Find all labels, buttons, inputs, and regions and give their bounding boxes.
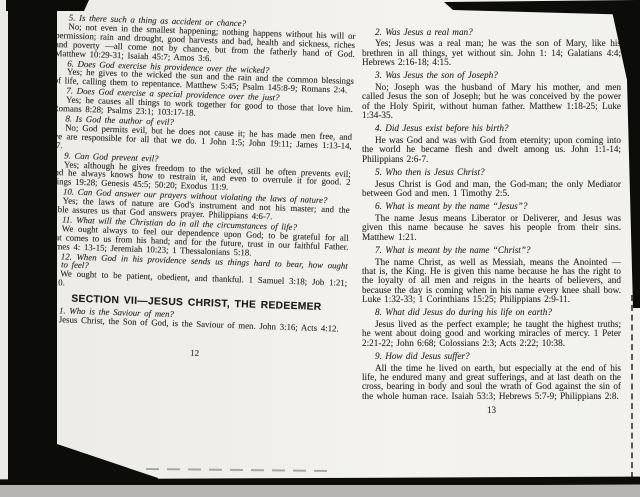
page-right-text: 2. Was Jesus a real man?Yes; Jesus was a…	[362, 28, 621, 402]
answer-paragraph: He was God and was with God from eternit…	[362, 136, 621, 164]
question-paragraph: 7. What is meant by the name “Christ”?	[362, 246, 621, 255]
scan-footer-gray	[0, 485, 640, 497]
page-number-left: 12	[45, 344, 345, 363]
book-scan: 5. Is there such a thing as accident or …	[0, 0, 640, 497]
question-paragraph: 8. What did Jesus do during his life on …	[362, 308, 621, 317]
question-paragraph: 9. How did Jesus suffer?	[362, 352, 621, 361]
question-paragraph: 2. Was Jesus a real man?	[362, 28, 621, 37]
answer-paragraph: The name Christ, as well as Messiah, mea…	[362, 258, 621, 305]
page-left-text: 5. Is there such a thing as accident or …	[46, 13, 356, 334]
page-left: 5. Is there such a thing as accident or …	[45, 12, 356, 363]
answer-paragraph: Jesus lived as the perfect example; he t…	[362, 320, 621, 348]
answer-paragraph: No; Joseph was the husband of Mary his m…	[362, 83, 621, 121]
answer-paragraph: All the time he lived on earth, but espe…	[362, 364, 621, 402]
page-edge-dashed-line	[631, 295, 633, 478]
answer-paragraph: Yes; Jesus was a real man; he was the so…	[362, 39, 621, 67]
answer-paragraph: The name Jesus means Liberator or Delive…	[362, 214, 621, 242]
question-paragraph: 3. Was Jesus the son of Joseph?	[362, 71, 621, 80]
pencil-smudge	[146, 468, 330, 472]
question-paragraph: 4. Did Jesus exist before his birth?	[362, 124, 621, 133]
question-paragraph: 5. Who then is Jesus Christ?	[362, 168, 621, 177]
answer-paragraph: Jesus Christ is God and man, the God-man…	[362, 180, 621, 199]
question-paragraph: 6. What is meant by the name “Jesus”?	[362, 202, 621, 211]
page-right: 2. Was Jesus a real man?Yes; Jesus was a…	[362, 24, 621, 416]
page-number-right: 13	[362, 406, 621, 415]
